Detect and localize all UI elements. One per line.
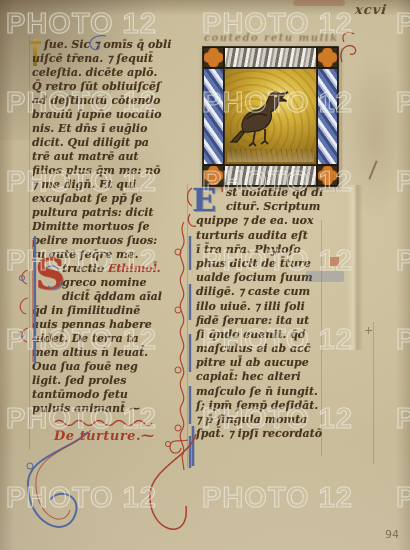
gold-ground [224,68,317,165]
parchment-crease [347,185,363,350]
ruling-line-left [29,36,30,450]
manuscript-page-photo: + xcvi coutedo retu mulik ſue. Sic ⁊ omī… [0,0,410,550]
manuscript-line: ligit. ſed proles [32,374,184,388]
manuscript-line: st uolatile q̄d dī [196,186,348,200]
manuscript-line: dicit. Qui diligit pa [32,136,184,150]
pen-cross-mark: + [364,324,373,337]
corner-quatrefoil-icon [317,165,338,186]
manuscript-line: filios plus q̄m me: nō [32,164,184,178]
right-text-column: st uolatile q̄d dī citur̄. Scriptum quip… [196,186,348,441]
manuscript-line: tantūmodo fetu [32,388,184,402]
manuscript-line: turturis audita eſt [196,229,348,243]
rope-band-left [203,68,224,165]
red-squiggle-underline [54,417,154,426]
manuscript-line: puluis animant̄ ⁓ [32,402,184,416]
manuscript-line: ī t̄ra nr̄a. Phyloſo [196,243,348,257]
manuscript-line: diligē. ⁊ caste cum [196,285,348,299]
red-pigment-patch [330,257,339,266]
manuscript-line: ⁊ p̄ ſingula momta [196,413,348,427]
manuscript-line: pelire mortuos ſuos: [32,234,184,248]
manuscript-line: Dimitte mortuos ſe [32,220,184,234]
manuscript-line: ſpat̄. ⁊ ipſī recordatō [196,427,348,441]
left-text-column: ſue. Sic ⁊ omīs q̄ obli uiſcē tr̄ena. ⁊ … [32,38,184,416]
rope-band-right [317,68,338,165]
manuscript-line: ſue. Sic ⁊ omīs q̄ obli [32,38,184,52]
rubric-de-turture: De turture.⁓ [54,429,154,444]
corner-quatrefoil-icon [203,47,224,68]
manuscript-line: citur̄. Scriptum [196,200,348,214]
folio-number: xcvi [354,3,388,18]
manuscript-line: celeſtia. dicēte aplō. [32,66,184,80]
ruling-line-margin [373,322,374,464]
turtledove-miniature [203,47,338,186]
manuscript-line: nis. Et dn̄s ī euḡlio [32,122,184,136]
manuscript-line: pultura patris: dicit [32,206,184,220]
manuscript-line: maſculo ſe n̄ iungit. [196,385,348,399]
manuscript-line: auis pennas habere [32,318,184,332]
page-number: 94 [385,528,399,541]
manuscript-line: brauiū ſupn̄e uocatio [32,108,184,122]
manuscript-line: ſ; ipm̄ ſemp̄ deſidāt. [196,399,348,413]
manuscript-line: maſculus ei ab acc̄ [196,342,348,356]
manuscript-line: capiat̄: hec alteri [196,370,348,384]
manuscript-line: ⁊ me dign̄. Et qui [32,178,184,192]
manuscript-line: illo uiuē. ⁊ illi ſoli [196,300,348,314]
manuscript-line: q̄d in ſimilitudinē [32,304,184,318]
foliate-band-bottom [224,165,317,186]
corner-quatrefoil-icon [317,47,338,68]
blue-wash-mark [306,271,344,282]
manuscript-line: uiſcē tr̄ena. ⁊ ſequit̄ [32,52,184,66]
manuscript-line: uidet̄. De terra ta [32,332,184,346]
rubricated-word: Ethimol̄. [108,262,161,275]
manuscript-line: Oua ſua fouē neg [32,360,184,374]
manuscript-line: trē aut matrē aut [32,150,184,164]
ruling-line-beside-miniature [341,48,342,188]
manuscript-line: excuſabat ſe pp̄ ſe [32,192,184,206]
illuminated-initial-S: S [35,254,65,296]
manuscript-line: fidē ſeruare: ita ut [196,314,348,328]
manuscript-line: Q̄ retro ſūt obliuiſcēſ [32,80,184,94]
illuminated-initial-E: E [192,183,216,217]
manuscript-line: phus dicit de t̄ture [196,257,348,271]
corner-quatrefoil-icon [203,165,224,186]
parchment-light-bottom [0,430,410,550]
foliate-band-top [224,47,317,68]
manuscript-line: pitre ul̄ ab aucupe [196,356,348,370]
ruling-line-gutter [187,184,188,468]
manuscript-line: ſi q̄ndo euenit. q̄d [196,328,348,342]
manuscript-line: ad deſtinatū cōtendo [32,94,184,108]
manuscript-line: men altius n̄ leuat̄. [32,346,184,360]
faded-inscription: coutedo retu mulik [204,33,344,44]
parchment-shadow-top [0,0,410,16]
manuscript-line: quippe ⁊ de ea. uox [196,214,348,228]
line-text: tructio [62,262,108,275]
red-smudge-top-edge [293,0,345,6]
turtledove-bird-icon [228,81,292,153]
